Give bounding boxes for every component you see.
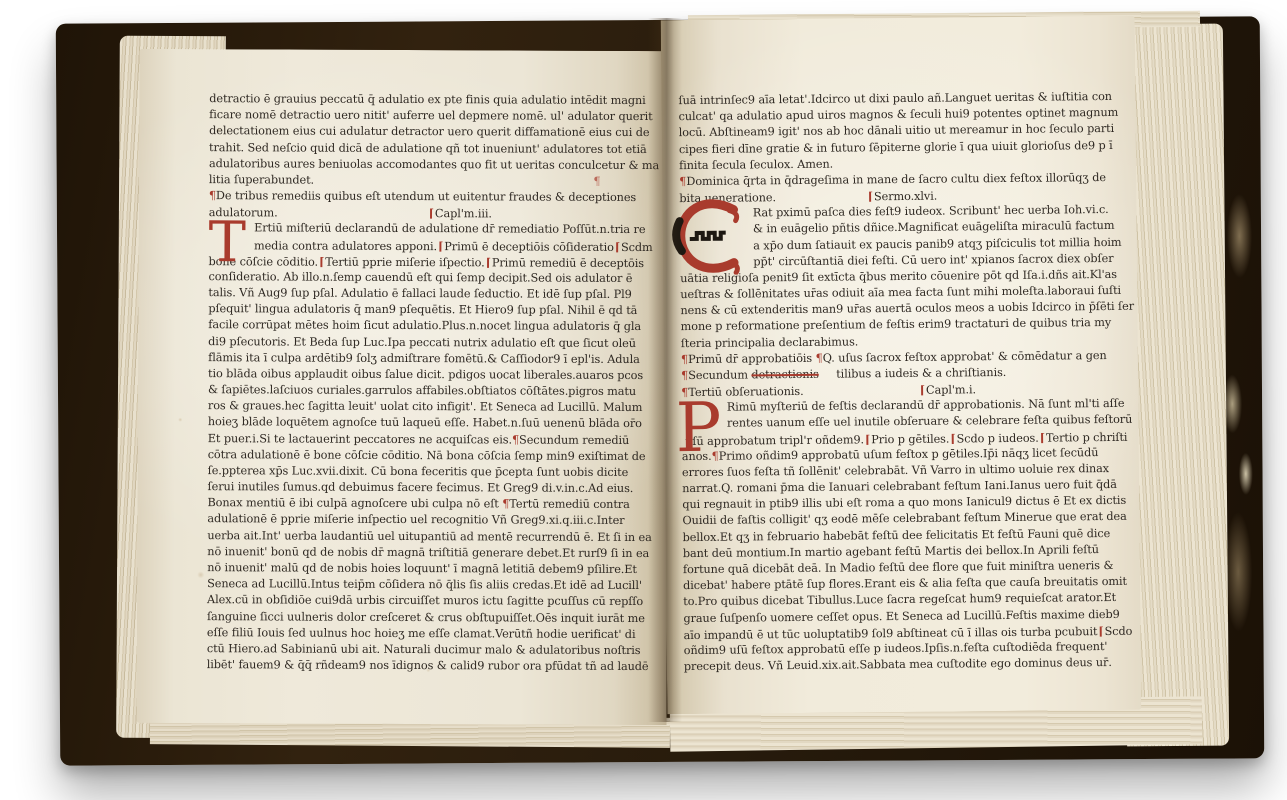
rubricated-initial-T: T [209,215,247,271]
right-page-lines: ſuā intrinſec9 aīa letat'.Idcirco ut dix… [678,89,1144,676]
text-line: Et puer.i.Si te lactauerint peccatores n… [208,431,666,449]
text-line: ¶De tribus remediis quibus eſt utendum u… [209,188,667,206]
text-line: precepit deus. Vñ Leuid.xix.ait.Sabbata … [684,655,1144,676]
text-line: bone cōſcie cōditio.⌈Tertiū pprie miſeri… [209,253,667,271]
text-line: adulatoribus aures beniuolas accomodante… [209,156,667,174]
text-line: litia ſuperabundet. ¶ [209,172,667,190]
text-line: media contra adulatores apponi.⌈Primū ē … [209,237,667,255]
gutter-shadow [648,18,682,722]
text-line: pſequit' lingua adulatoris q̄ man9 pſequ… [208,301,666,319]
text-line: Bonax mentiū ē ibi culpā agnoſcere ubi c… [207,495,665,513]
initial-E-drawing [671,196,748,275]
text-line: & ſapiētes.laſciuos curiales.garrulos af… [208,382,666,400]
right-page-text: ſuā intrinſec9 aīa letat'.Idcirco ut dix… [678,89,1144,676]
text-line: hoieʒ blāde loquētem agnoſce tuū laqueū … [208,415,666,433]
text-line: nō inuenit' malū qd de nobis hoies loquu… [207,560,665,578]
text-line: Seneca ad Lucillū.Intus teip̄m cōſidera … [207,576,665,594]
text-line: ſerui inutiles ſumus.qd debuimus facere … [208,479,666,497]
text-line: di9 pſecutoris. Et Beda ſup Luc.Ipa pecc… [208,334,666,352]
text-line: ros & graues.hec ſagitta leuit' uolat ci… [208,398,666,416]
text-line: cōtra adulationē ē bone cōſcie cōditio. … [208,447,666,465]
book-photo: detractio ē grauius peccatū q̄ adulatio … [0,0,1287,800]
right-page: ſuā intrinſec9 aīa letat'.Idcirco ut dix… [661,16,1142,715]
text-line: ctū Hiero.ad Sabinianū ubi ait. Naturali… [207,641,665,659]
rubricated-initial-E-ornament [671,196,748,278]
text-line: uerba ait.Int' uerba laudantiū uel uitup… [207,528,665,546]
text-line: ficare nomē detractio uero nitit' auferr… [209,107,667,125]
text-line: ſanguine ſicci uulneris dolor creſceret … [207,609,665,627]
left-page-text: detractio ē grauius peccatū q̄ adulatio … [207,91,668,675]
text-line: adulatorum. ⌈Capl'm.iii. [209,204,667,222]
text-line: eſſe filiū Iouis ſed uulnus hoc hoieʒ me… [207,625,665,643]
text-line: nō inuenit' bonū qd de nobis dr̄ magnā t… [207,544,665,562]
text-line: ſe.ppterea xp̄s Luc.xvii.dixit. Cū bona … [208,463,666,481]
text-line: trahit. Sed neſcio quid dicā de adulatio… [209,140,667,158]
text-line: adulationē ē pprie miſerie inſpectio uel… [207,512,665,530]
left-page-lines: detractio ē grauius peccatū q̄ adulatio … [207,91,668,675]
text-line: Alex.cū in obſidiōe cui9dā urbis circuiſ… [207,592,665,610]
text-line: conſideratio. Ab illo.n.ſemp cauendū eſt… [208,269,666,287]
text-line: delectationem eius cui adulatur detracto… [209,123,667,141]
left-page: detractio ē grauius peccatū q̄ adulatio … [137,49,670,725]
text-line: tio blāda oibus applaudit oibus ſalue di… [208,366,666,384]
text-line: libēt' fauem9 & q̄q̄ rñdeam9 nos īdignos… [207,657,665,675]
text-line: Ertiū miſteriū declarandū de adulatione … [209,221,667,239]
text-line: flāmis ita ī culpa ardētib9 ſolʒ admiſtr… [208,350,666,368]
photo-stage: detractio ē grauius peccatū q̄ adulatio … [0,0,1287,800]
text-line: detractio ē grauius peccatū q̄ adulatio … [209,91,667,109]
text-line: talis. Vñ Aug9 ſup pſal. Adulatio ē fall… [208,285,666,303]
text-line: facile corrūpat mētes hoim ſicut adulati… [208,318,666,336]
rubricated-initial-P: P [675,395,721,463]
